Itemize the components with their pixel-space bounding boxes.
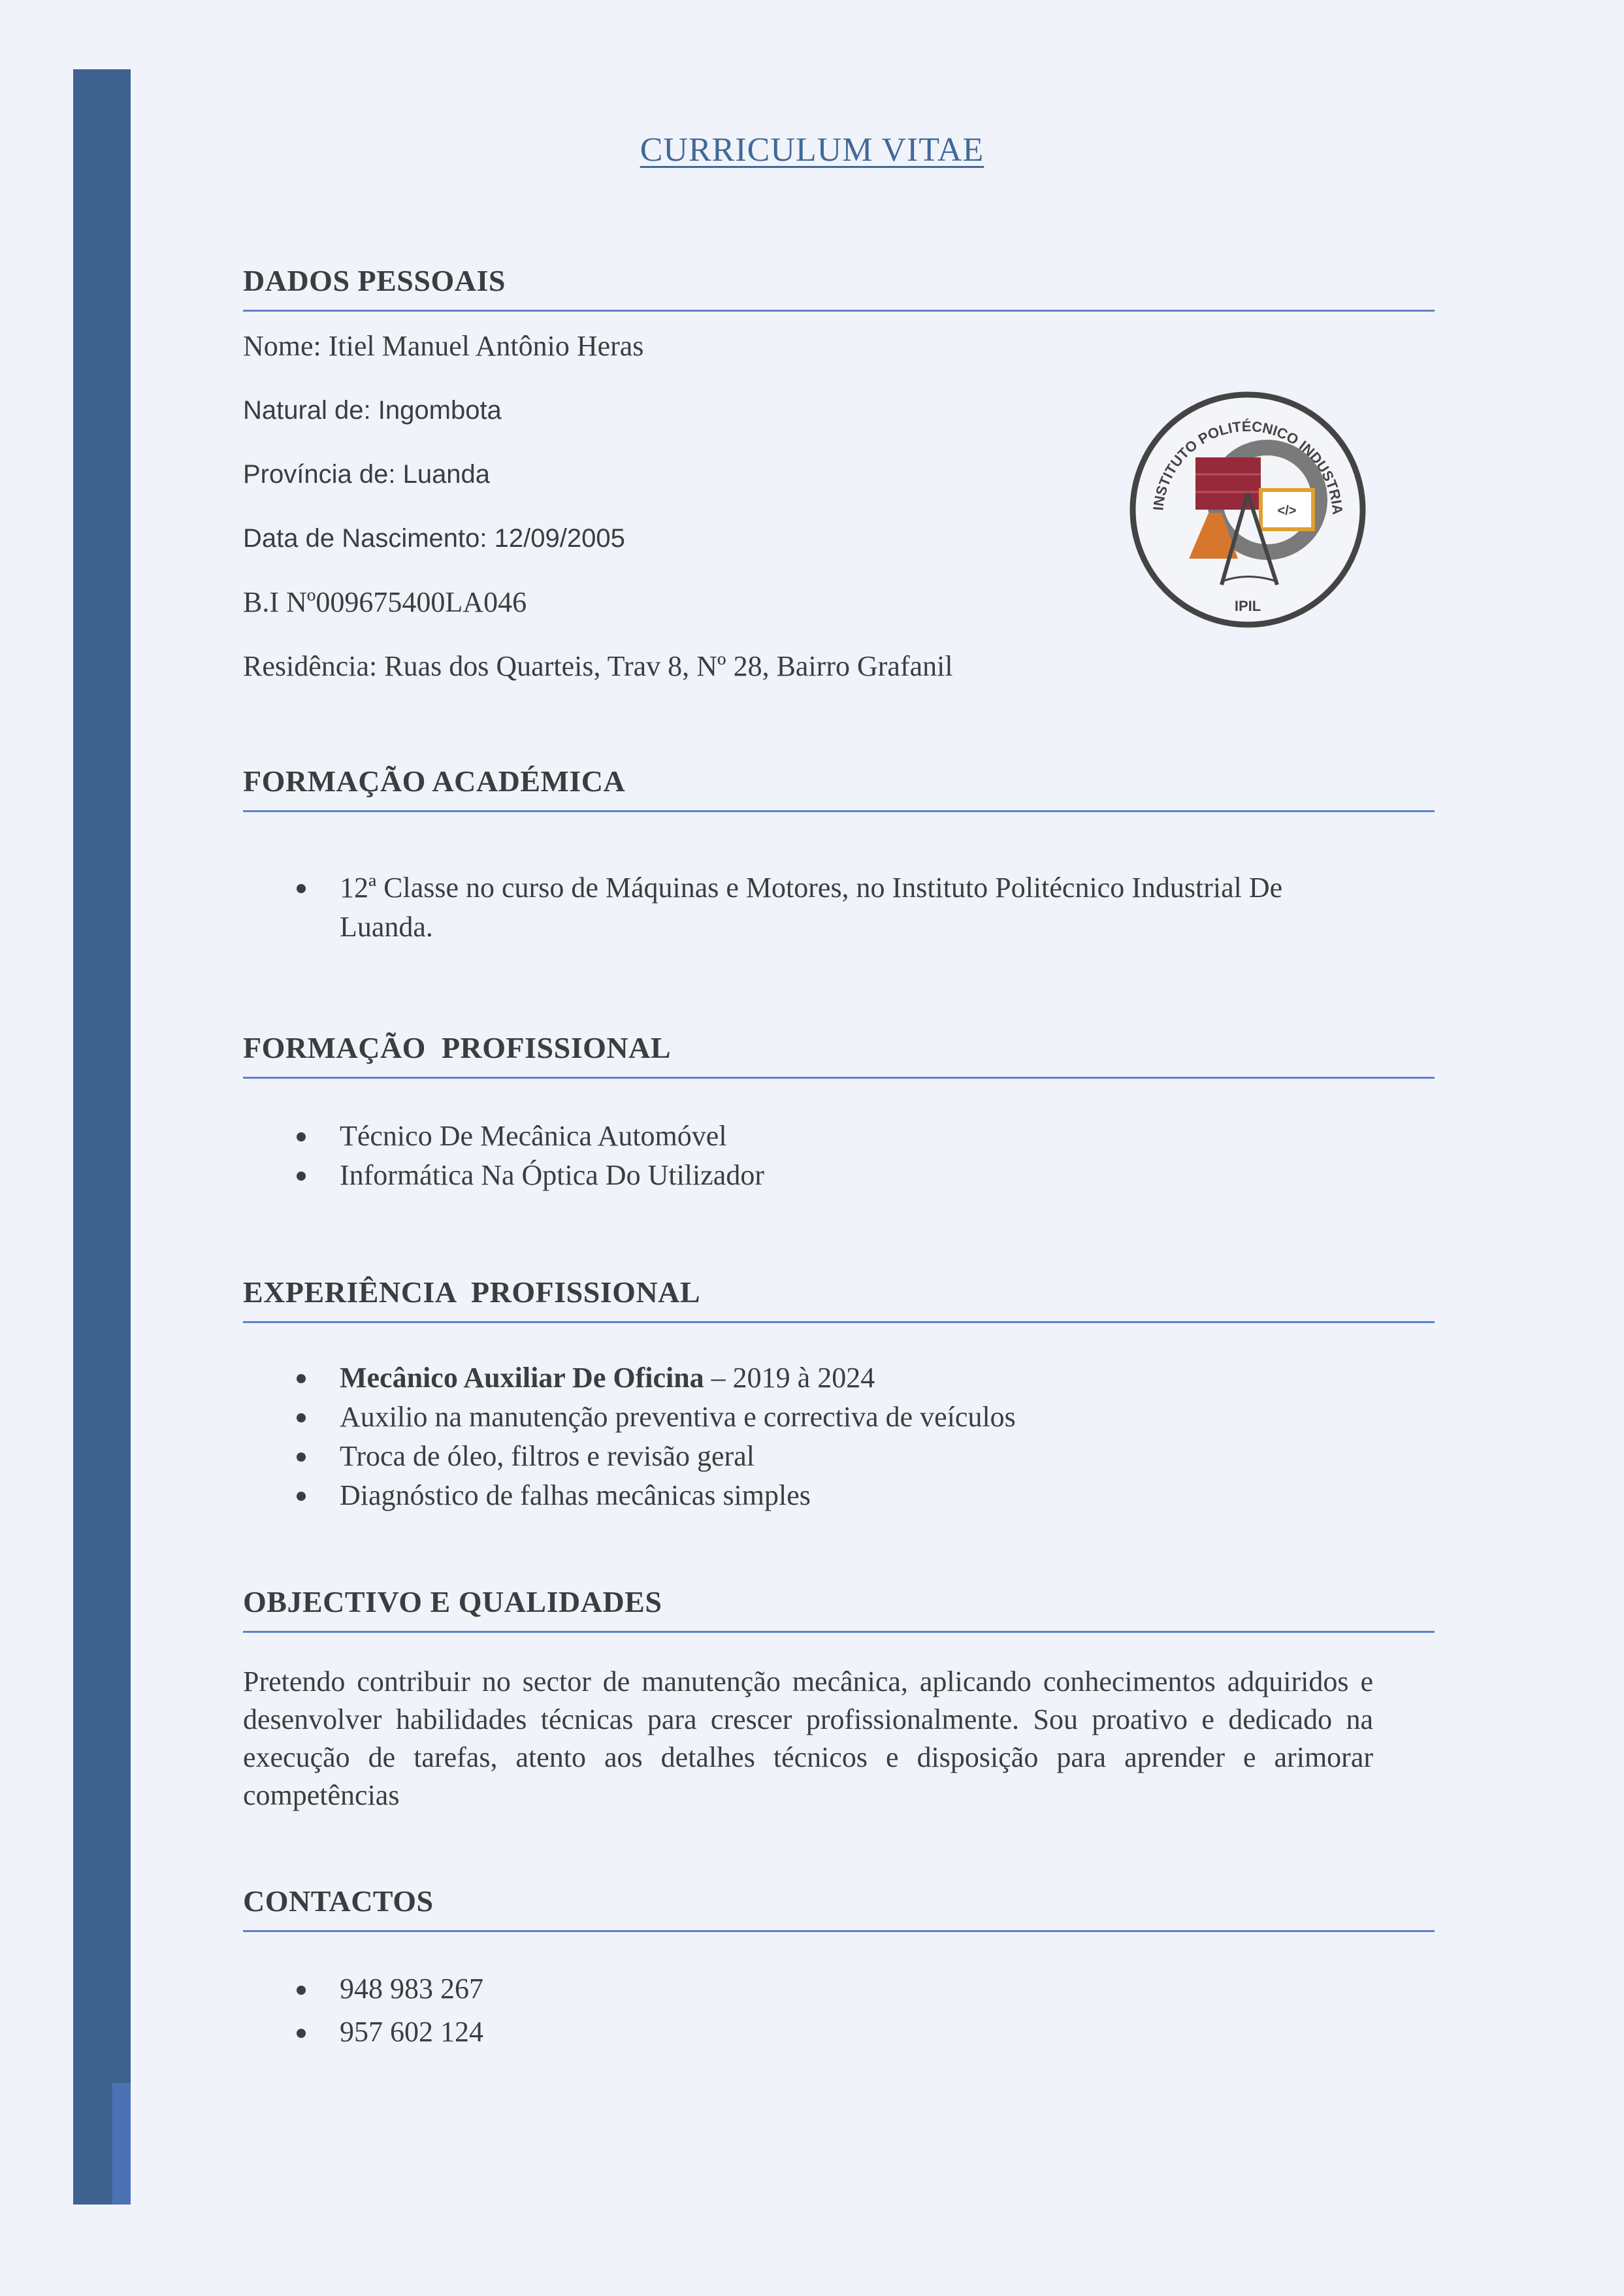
list-item: Informática Na Óptica Do Utilizador [243,1156,1435,1195]
section-heading: FORMAÇÃO ACADÉMICA [243,762,1435,812]
decorative-sidebar-bar [73,69,131,2205]
item-text: 12ª Classe no curso de Máquinas e Motore… [340,872,1282,943]
sidebar-bar-accent [112,2083,131,2205]
bullet-icon [297,1132,306,1141]
bullet-icon [297,1374,306,1383]
item-text: Técnico De Mecânica Automóvel [340,1120,727,1152]
role-title: Mecânico Auxiliar De Oficina [340,1362,704,1394]
phone-item: 948 983 267 [243,1967,1435,2010]
bullet-icon [297,2029,306,2038]
bullet-icon [297,1172,306,1181]
bullet-icon [297,1492,306,1501]
section-academic: FORMAÇÃO ACADÉMICA 12ª Classe no curso d… [243,762,1435,947]
item-text: Diagnóstico de falhas mecânicas simples [340,1479,811,1511]
school-seal-icon: INSTITUTO POLITÉCNICO INDUSTRIAL DE LUAN… [1124,385,1372,634]
bullet-icon [297,1452,306,1462]
section-heading: FORMAÇÃO PROFISSIONAL [243,1028,1435,1079]
section-professional-training: FORMAÇÃO PROFISSIONAL Técnico De Mecânic… [243,1028,1435,1195]
bullet-icon [297,1986,306,1995]
document-title: CURRICULUM VITAE [0,131,1624,169]
section-heading: CONTACTOS [243,1882,1435,1932]
seal-abbrev: IPIL [1235,598,1261,614]
list-item: Mecânico Auxiliar De Oficina – 2019 à 20… [243,1358,1435,1398]
experience-list: Mecânico Auxiliar De Oficina – 2019 à 20… [243,1358,1435,1515]
section-experience: EXPERIÊNCIA PROFISSIONAL Mecânico Auxili… [243,1273,1435,1515]
section-heading: EXPERIÊNCIA PROFISSIONAL [243,1273,1435,1323]
bullet-icon [297,1413,306,1422]
residence-field: Residência: Ruas dos Quarteis, Trav 8, N… [243,634,1435,698]
list-item: Troca de óleo, filtros e revisão geral [243,1437,1435,1476]
item-text: Troca de óleo, filtros e revisão geral [340,1440,755,1472]
role-period: – 2019 à 2024 [704,1362,875,1394]
list-item: Auxilio na manutenção preventiva e corre… [243,1398,1435,1437]
item-text: Auxilio na manutenção preventiva e corre… [340,1401,1016,1433]
section-contacts: CONTACTOS 948 983 267 957 602 124 [243,1882,1435,2054]
objective-paragraph: Pretendo contribuir no sector de manuten… [243,1663,1373,1814]
list-item: Diagnóstico de falhas mecânicas simples [243,1476,1435,1515]
training-list: Técnico De Mecânica Automóvel Informátic… [243,1117,1435,1195]
academic-list: 12ª Classe no curso de Máquinas e Motore… [243,868,1435,947]
phone-number: 957 602 124 [340,2016,483,2048]
list-item: Técnico De Mecânica Automóvel [243,1117,1435,1156]
phone-number: 948 983 267 [340,1973,483,2005]
bullet-icon [297,884,306,893]
name-field: Nome: Itiel Manuel Antônio Heras [243,314,1435,378]
contacts-list: 948 983 267 957 602 124 [243,1967,1435,2054]
section-heading: DADOS PESSOAIS [243,261,1435,312]
section-objective: OBJECTIVO E QUALIDADES Pretendo contribu… [243,1583,1435,1814]
phone-item: 957 602 124 [243,2010,1435,2054]
list-item: 12ª Classe no curso de Máquinas e Motore… [243,868,1372,947]
seal-code-glyph: </> [1278,504,1297,518]
item-text: Informática Na Óptica Do Utilizador [340,1159,764,1191]
section-heading: OBJECTIVO E QUALIDADES [243,1583,1435,1633]
